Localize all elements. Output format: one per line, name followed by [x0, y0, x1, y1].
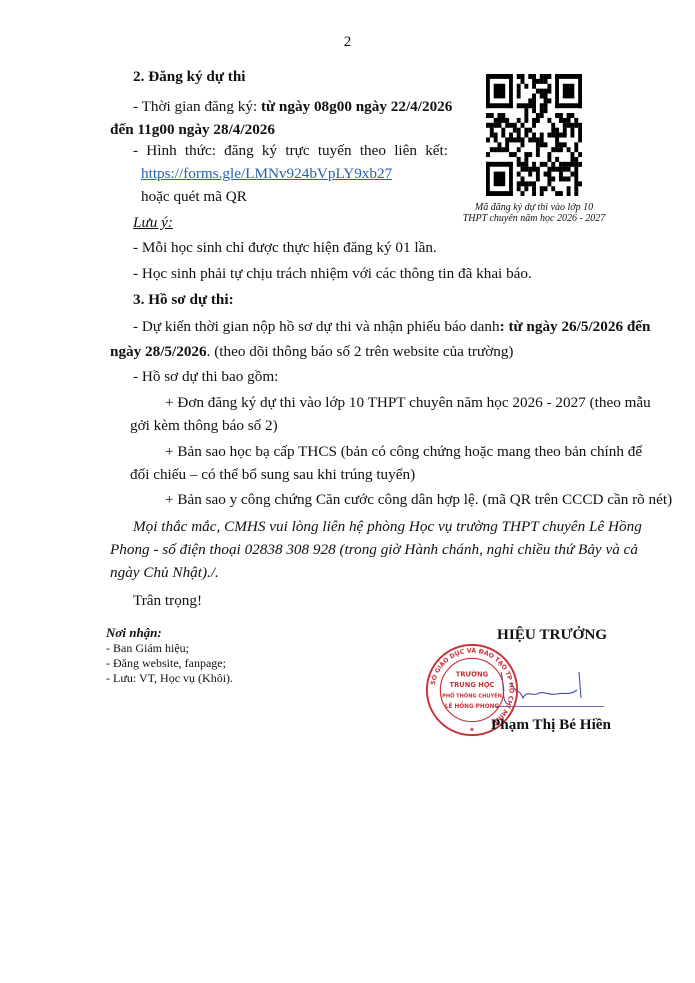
registration-time-start: từ ngày 08g00 ngày 22/4/2026 [261, 98, 452, 115]
or-scan-qr-text: hoặc quét mã QR [141, 188, 247, 206]
dossier-item-cont: đối chiếu – có thể bổ sung sau khi trúng… [130, 466, 415, 484]
note-item: - Học sinh phải tự chịu trách nhiệm với … [133, 265, 532, 283]
svg-text:PHỔ THÔNG CHUYÊN: PHỔ THÔNG CHUYÊN [442, 692, 502, 700]
dossier-item: + Bản sao y công chứng Căn cước công dân… [165, 491, 672, 509]
contact-line: Phong - số điện thoại 02838 308 928 (tro… [110, 541, 638, 559]
submission-end-date: ngày 28/5/2026 [110, 343, 207, 360]
note-item: - Mỗi học sinh chỉ được thực hiện đăng k… [133, 239, 437, 257]
submission-time-start: : từ ngày 26/5/2026 đến [500, 318, 651, 335]
contact-line: Mọi thắc mắc, CMHS vui lòng liên hệ phòn… [133, 518, 642, 536]
svg-text:TRƯỜNG: TRƯỜNG [456, 670, 489, 679]
closing-text: Trân trọng! [133, 592, 202, 610]
contact-line: ngày Chủ Nhật)./. [110, 564, 219, 582]
svg-text:TRUNG HỌC: TRUNG HỌC [450, 681, 495, 689]
registration-time-label: - Thời gian đăng ký: [133, 98, 261, 115]
recipient-item: - Đăng website, fanpage; [106, 656, 226, 670]
dossier-item-cont: gởi kèm thông báo số 2) [130, 417, 278, 435]
registration-time: - Thời gian đăng ký: từ ngày 08g00 ngày … [133, 98, 452, 116]
section-2-heading: 2. Đăng ký dự thi [133, 68, 246, 86]
dossier-item: + Bản sao học bạ cấp THCS (bản có công c… [165, 443, 642, 461]
qr-code-icon[interactable] [486, 74, 582, 196]
registration-form-link[interactable]: https://forms.gle/LMNv924bVpLY9xb27 [141, 165, 392, 183]
recipients-label: Nơi nhận: [106, 625, 162, 641]
dossier-includes-label: - Hồ sơ dự thi bao gồm: [133, 368, 278, 386]
submission-time: - Dự kiến thời gian nộp hồ sơ dự thi và … [133, 318, 650, 336]
registration-method: - Hình thức: đăng ký trực tuyến theo liê… [133, 142, 448, 160]
submission-time-end: ngày 28/5/2026. (theo dõi thông báo số 2… [110, 343, 514, 361]
qr-caption-line-2: THPT chuyên năm học 2026 - 2027 [434, 213, 634, 225]
submission-time-label: - Dự kiến thời gian nộp hồ sơ dự thi và … [133, 318, 500, 335]
section-3-heading: 3. Hồ sơ dự thi: [133, 291, 234, 309]
signer-name: Phạm Thị Bé Hiền [491, 716, 611, 734]
note-label: Lưu ý: [133, 214, 173, 232]
recipient-item: - Ban Giám hiệu; [106, 641, 189, 655]
submission-note: . (theo dõi thông báo số 2 trên website … [207, 343, 514, 360]
recipient-item: - Lưu: VT, Học vụ (Khôi). [106, 671, 233, 685]
dossier-item: + Đơn đăng ký dự thi vào lớp 10 THPT chu… [165, 394, 651, 412]
svg-text:LÊ HỒNG PHONG: LÊ HỒNG PHONG [445, 701, 500, 710]
page-number: 2 [0, 33, 695, 51]
svg-text:★: ★ [469, 725, 475, 733]
registration-time-end: đến 11g00 ngày 28/4/2026 [110, 121, 275, 139]
